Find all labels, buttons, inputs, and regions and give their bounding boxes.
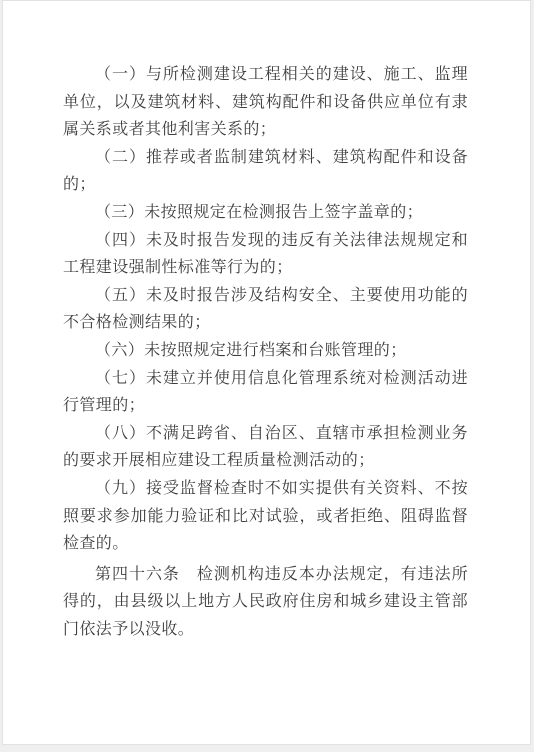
list-item-paragraph: （五）未及时报告涉及结构安全、主要使用功能的不合格检测结果的； xyxy=(63,282,468,337)
list-item-paragraph: （九）接受监督检查时不如实提供有关资料、不按照要求参加能力验证和比对试验，或者拒… xyxy=(63,475,468,558)
list-item-paragraph: （三）未按照规定在检测报告上签字盖章的； xyxy=(63,199,468,227)
list-item-paragraph: （二）推荐或者监制建筑材料、建筑构配件和设备的； xyxy=(63,144,468,199)
list-item-paragraph: （四）未及时报告发现的违反有关法律法规规定和工程建设强制性标准等行为的； xyxy=(63,227,468,282)
document-viewer: （一）与所检测建设工程相关的建设、施工、监理单位，以及建筑材料、建筑构配件和设备… xyxy=(0,0,534,752)
document-body: （一）与所检测建设工程相关的建设、施工、监理单位，以及建筑材料、建筑构配件和设备… xyxy=(63,61,468,643)
list-item-paragraph: （一）与所检测建设工程相关的建设、施工、监理单位，以及建筑材料、建筑构配件和设备… xyxy=(63,61,468,144)
list-item-paragraph: （七）未建立并使用信息化管理系统对检测活动进行管理的； xyxy=(63,365,468,420)
article-paragraph: 第四十六条 检测机构违反本办法规定，有违法所得的，由县级以上地方人民政府住房和城… xyxy=(63,561,468,644)
document-page: （一）与所检测建设工程相关的建设、施工、监理单位，以及建筑材料、建筑构配件和设备… xyxy=(2,0,531,745)
list-item-paragraph: （八）不满足跨省、自治区、直辖市承担检测业务的要求开展相应建设工程质量检测活动的… xyxy=(63,420,468,475)
list-item-paragraph: （六）未按照规定进行档案和台账管理的； xyxy=(63,337,468,365)
